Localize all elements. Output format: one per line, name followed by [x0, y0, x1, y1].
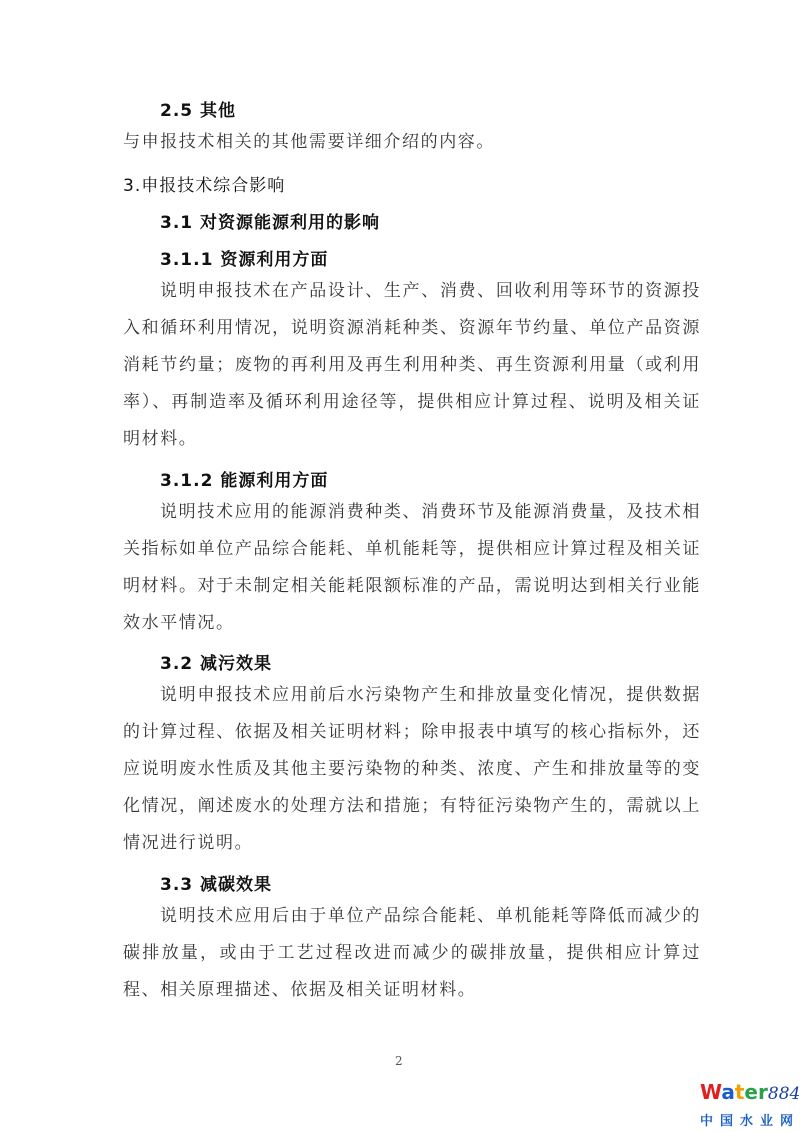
paragraph-3-1-1: 说明申报技术在产品设计、生产、消费、回收利用等环节的资源投入和循环利用情况，说明…	[123, 273, 701, 458]
watermark-logo: Water8848.com 中国水业网	[700, 1082, 800, 1129]
logo-letter: r	[758, 1080, 768, 1104]
heading-3-2: 3.2 减污效果	[160, 649, 272, 674]
logo-wordmark: Water8848.com	[700, 1082, 800, 1107]
logo-subtitle: 中国水业网	[700, 1110, 800, 1129]
logo-number: 8848	[768, 1084, 800, 1104]
heading-3: 3.申报技术综合影响	[123, 171, 285, 196]
heading-3-1-1: 3.1.1 资源利用方面	[160, 245, 328, 270]
paragraph-2-5: 与申报技术相关的其他需要详细介绍的内容。	[123, 124, 701, 161]
heading-3-1-2: 3.1.2 能源利用方面	[160, 466, 328, 491]
paragraph-3-2: 说明申报技术应用前后水污染物产生和排放量变化情况，提供数据的计算过程、依据及相关…	[123, 677, 701, 862]
logo-letter: e	[744, 1080, 758, 1104]
heading-3-1: 3.1 对资源能源利用的影响	[160, 208, 380, 233]
paragraph-3-3: 说明技术应用后由于单位产品综合能耗、单机能耗等降低而减少的碳排放量，或由于工艺过…	[123, 898, 701, 1009]
heading-2-5: 2.5 其他	[160, 96, 236, 121]
logo-letter: t	[735, 1080, 745, 1104]
logo-letter: a	[721, 1080, 735, 1104]
logo-letter: W	[700, 1080, 721, 1104]
paragraph-3-1-2: 说明技术应用的能源消费种类、消费环节及能源消费量，及技术相关指标如单位产品综合能…	[123, 494, 701, 642]
page-number: 2	[395, 1054, 403, 1068]
heading-3-3: 3.3 减碳效果	[160, 870, 272, 895]
